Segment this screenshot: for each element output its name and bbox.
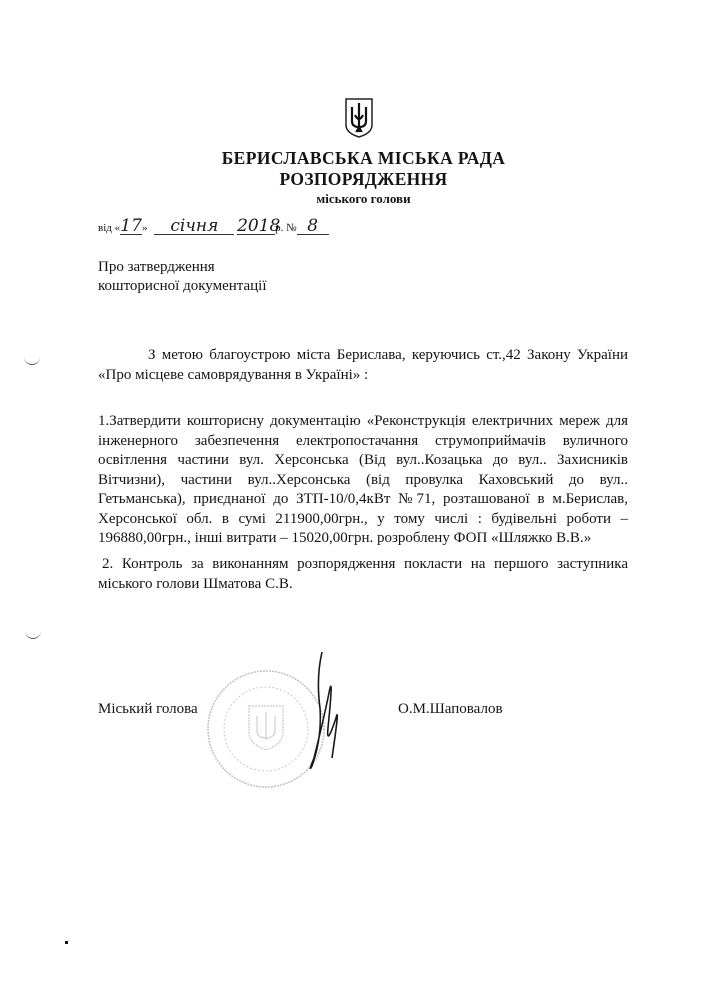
date-year: 2018 xyxy=(237,218,275,235)
signatory-role: Міський голова xyxy=(98,701,198,718)
dateline: від «17» січня 2018р. №8 xyxy=(98,218,329,235)
date-prefix: від « xyxy=(98,222,120,234)
organization-title: БЕРИСЛАВСЬКА МІСЬКА РАДА xyxy=(0,148,727,169)
item-1-paragraph: 1.Затвердити кошторисну документацію «Ре… xyxy=(98,412,628,549)
trident-emblem-icon xyxy=(344,97,374,139)
issuer-subtitle: міського голови xyxy=(0,191,727,207)
document-number: 8 xyxy=(297,218,329,235)
preamble-paragraph: З метою благоустрою міста Берислава, кер… xyxy=(98,346,628,385)
punch-hole-mark xyxy=(24,356,40,365)
number-label: № xyxy=(286,222,297,234)
date-year-suffix: р. xyxy=(275,222,283,234)
punch-hole-mark xyxy=(25,630,41,639)
subject-line-1: Про затвердження xyxy=(98,258,267,277)
subject-block: Про затвердження кошторисної документаці… xyxy=(98,258,267,296)
handwritten-signature-icon xyxy=(300,648,345,778)
subject-line-2: кошторисної документації xyxy=(98,277,267,296)
document-type-title: РОЗПОРЯДЖЕННЯ xyxy=(0,169,727,190)
date-day-close: » xyxy=(142,222,148,234)
item-2-paragraph: 2. Контроль за виконанням розпорядження … xyxy=(98,555,628,594)
date-day: 17 xyxy=(120,218,142,235)
signatory-name: О.М.Шаповалов xyxy=(398,701,503,718)
date-month: січня xyxy=(154,218,234,235)
scan-speck xyxy=(65,941,68,944)
